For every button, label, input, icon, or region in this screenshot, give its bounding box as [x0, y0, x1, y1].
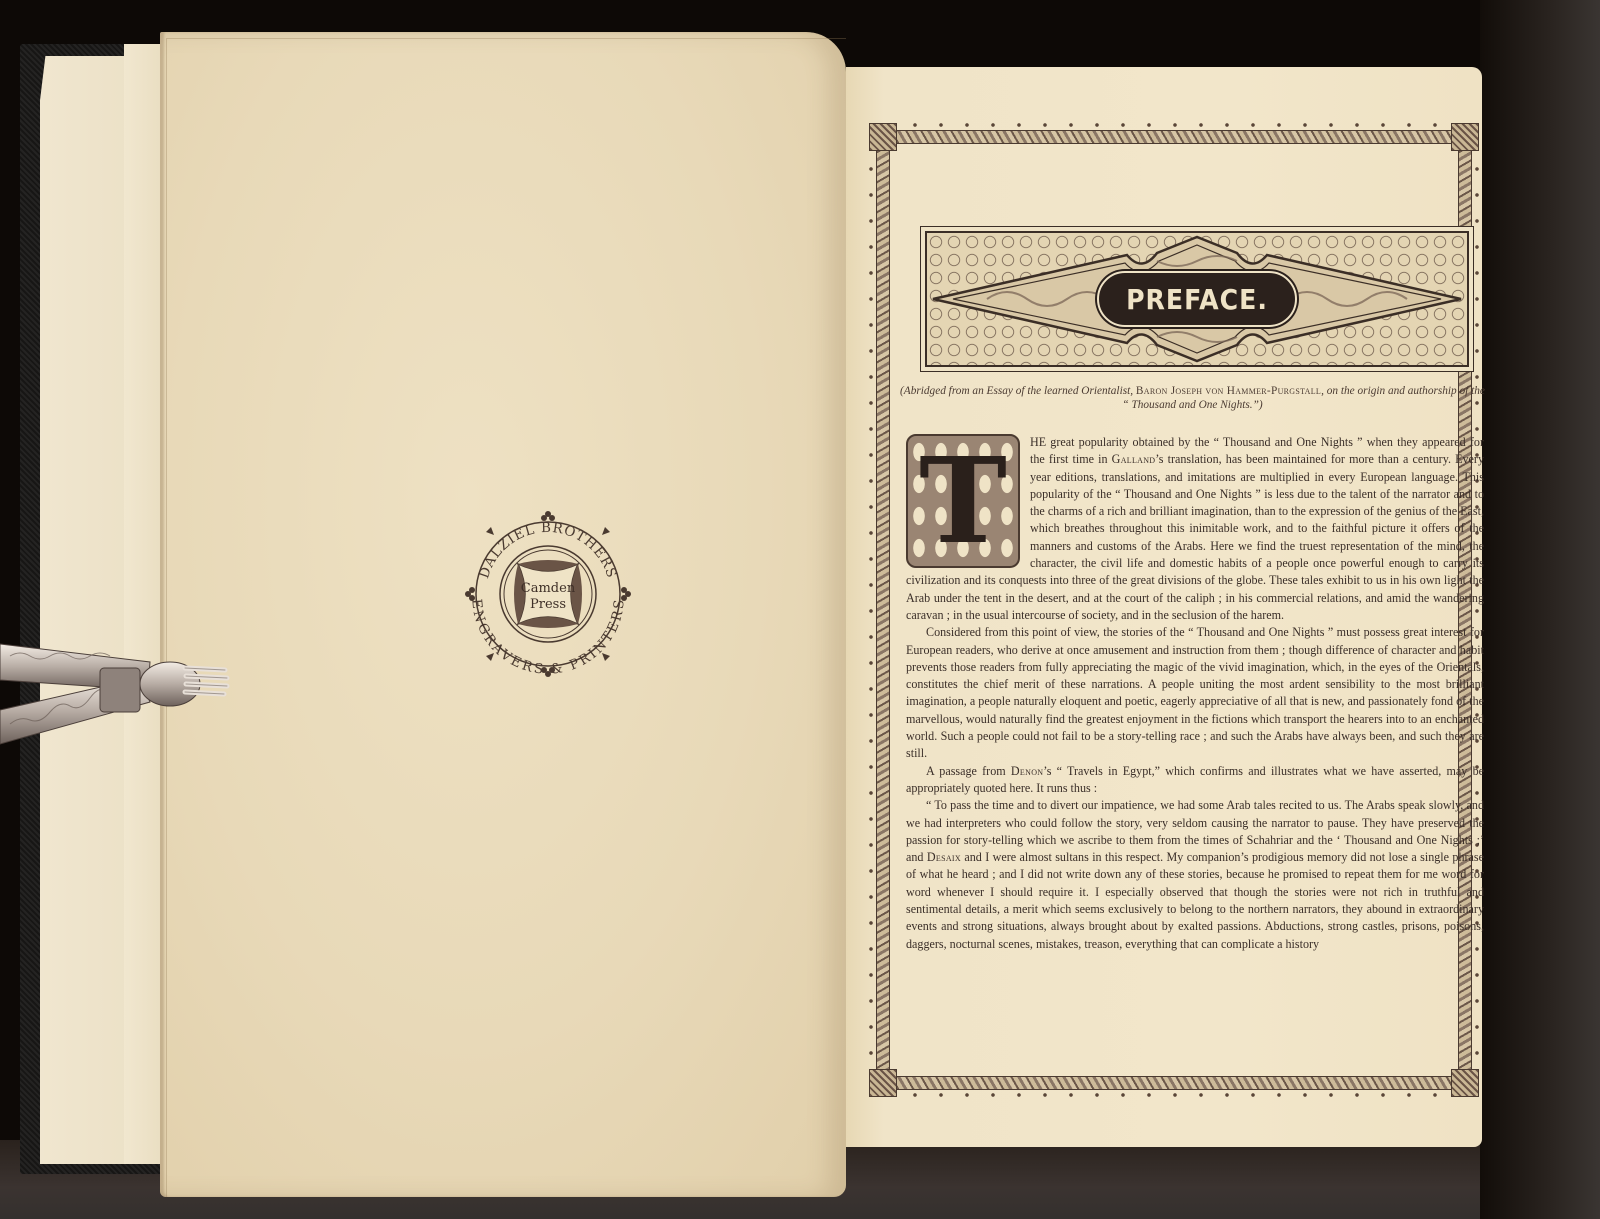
border-corner-knot-icon: [1451, 1069, 1479, 1097]
preface-subtitle: (Abridged from an Essay of the learned O…: [900, 384, 1485, 412]
paragraph: A passage from Denon’s “ Travels in Egyp…: [906, 763, 1484, 798]
border-left: [876, 142, 890, 1078]
page-title: PREFACE.: [1097, 271, 1297, 327]
paragraph: “ To pass the time and to divert our imp…: [906, 797, 1484, 953]
svg-text:Press: Press: [530, 597, 566, 612]
drop-cap-initial: T: [906, 434, 1020, 568]
silver-hand-bookmark-clip-icon[interactable]: [0, 640, 230, 748]
border-bottom: [888, 1076, 1460, 1090]
preface-body: T HE great popularity obtained by the “ …: [906, 434, 1484, 953]
paragraph: Considered from this point of view, the …: [906, 624, 1484, 762]
author-name: Baron Joseph von Hammer-Purgstall: [1136, 385, 1321, 397]
border-top: [888, 130, 1460, 144]
border-corner-knot-icon: [1451, 123, 1479, 151]
preface-banner: PREFACE.: [925, 231, 1469, 367]
svg-text:Camden: Camden: [521, 581, 576, 596]
endpaper: [40, 56, 130, 1164]
border-finials: [902, 122, 1446, 128]
border-finials: [868, 156, 874, 1064]
printers-mark-seal-icon: DALZIEL BROTHERS ENGRAVERS & PRINTERS Ca…: [462, 508, 634, 680]
border-corner-knot-icon: [869, 1069, 897, 1097]
background-shadow: [1480, 0, 1600, 1219]
border-finials: [902, 1092, 1446, 1098]
border-corner-knot-icon: [869, 123, 897, 151]
